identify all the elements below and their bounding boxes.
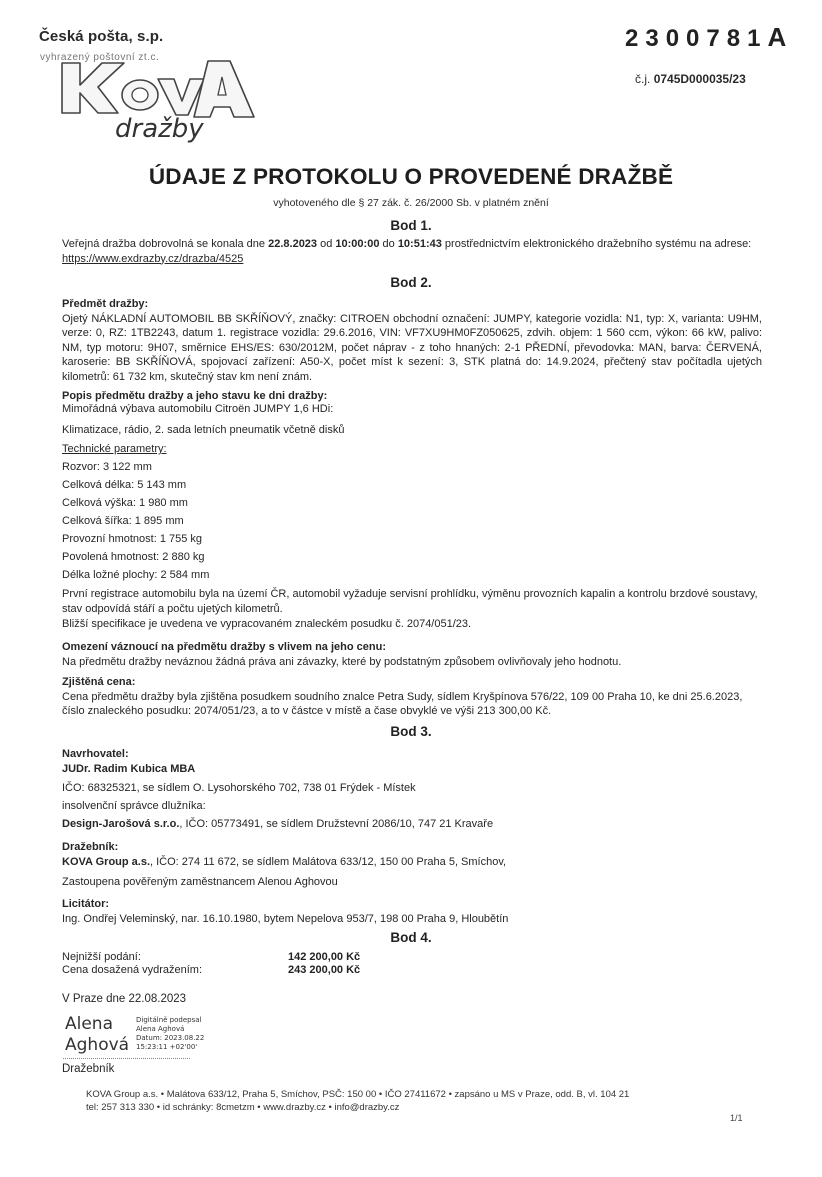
footer-line-1: KOVA Group a.s. • Malátova 633/12, Praha… [86,1089,629,1100]
auction-time-from: 10:00:00 [335,238,379,250]
drazebnik-name: KOVA Group a.s. [62,856,150,868]
nejnizsi-podani-label: Nejnižší podání: [62,951,141,963]
page-title: ÚDAJE Z PROTOKOLU O PROVEDENÉ DRAŽBĚ [0,164,822,190]
reference-label: č.j. [635,72,650,86]
drazebnik-details: , IČO: 274 11 672, se sídlem Malátova 63… [150,856,506,868]
tech-param: Celková délka: 5 143 mm [62,479,186,491]
signature-line [63,1058,190,1059]
cena-vydrazenim-value: 243 200,00 Kč [288,964,360,976]
section-heading-bod-2: Bod 2. [0,275,822,290]
bod-1-text: Veřejná dražba dobrovolná se konala dne … [62,237,762,266]
tech-param: Provozní hmotnost: 1 755 kg [62,533,202,545]
tech-param: Celková šířka: 1 895 mm [62,515,184,527]
signature-name-line-1: Alena [65,1014,113,1034]
cena-label: Zjištěná cena: [62,675,762,690]
predmet-text: Ojetý NÁKLADNÍ AUTOMOBIL BB SKŘÍŇOVÝ, zn… [62,312,762,385]
reference-value: 0745D000035/23 [654,72,746,86]
tech-params-label: Technické parametry: [62,443,167,455]
signature-meta-line: Digitálně podepsal [136,1016,204,1025]
auction-url-link[interactable]: https://www.exdrazby.cz/drazba/4525 [62,253,243,265]
licitator-section: Licitátor: Ing. Ondřej Veleminský, nar. … [62,897,762,926]
digital-signature-meta: Digitálně podepsal Alena Aghová Datum: 2… [136,1016,204,1052]
document-number: 2300781A [625,22,793,53]
cena-section: Zjištěná cena: Cena předmětu dražby byla… [62,675,762,719]
predmet-section: Předmět dražby: Ojetý NÁKLADNÍ AUTOMOBIL… [62,297,762,384]
auction-date: 22.8.2023 [268,238,317,250]
omezeni-text: Na předmětu dražby neváznou žádná práva … [62,655,762,670]
signature-meta-line: Datum: 2023.08.22 [136,1034,204,1043]
tech-param: Rozvor: 3 122 mm [62,461,152,473]
place-date: V Praze dne 22.08.2023 [62,993,186,1005]
predmet-label: Předmět dražby: [62,297,762,312]
cena-text: Cena předmětu dražby byla zjištěna posud… [62,690,762,719]
navrhovatel-label: Navrhovatel: [62,747,762,762]
tech-param: Celková výška: 1 980 mm [62,497,188,509]
navrhovatel-name: JUDr. Radim Kubica MBA [62,762,762,777]
omezeni-label: Omezení váznoucí na předmětu dražby s vl… [62,640,762,655]
drazebnik-representative: Zastoupena pověřeným zaměstnancem Alenou… [62,876,338,888]
footer-line-2: tel: 257 313 330 • id schránky: 8cmetzm … [86,1102,399,1113]
omezeni-section: Omezení váznoucí na předmětu dražby s vl… [62,640,762,669]
registration-text: První registrace automobilu byla na územ… [62,587,762,616]
kova-logo-subtitle: dražby [115,114,204,144]
post-office-stamp: Česká pošta, s.p. [39,28,163,45]
section-heading-bod-3: Bod 3. [0,724,822,739]
page-subtitle: vyhotoveného dle § 27 zák. č. 26/2000 Sb… [0,197,822,209]
section-heading-bod-1: Bod 1. [0,218,822,233]
drazebnik-line: KOVA Group a.s., IČO: 274 11 672, se síd… [62,855,762,870]
reference-number: č.j. 0745D000035/23 [635,72,746,86]
popis-line: Klimatizace, rádio, 2. sada letních pneu… [62,424,344,436]
cena-vydrazenim-label: Cena dosažená vydražením: [62,964,202,976]
signature-role: Dražebník [62,1063,114,1075]
bod-1-text-part: od [317,238,335,250]
licitator-label: Licitátor: [62,897,762,912]
document-number-value: 2300781 [625,25,767,52]
auction-time-to: 10:51:43 [398,238,442,250]
drazebnik-section: Dražebník: KOVA Group a.s., IČO: 274 11 … [62,840,762,869]
signature-name-line-2: Aghová [65,1035,129,1055]
navrhovatel-section: Navrhovatel: JUDr. Radim Kubica MBA [62,747,762,776]
licitator-text: Ing. Ondřej Veleminský, nar. 16.10.1980,… [62,912,762,927]
dluznik-name: Design-Jarošová s.r.o. [62,818,179,830]
dluznik-details: , IČO: 05773491, se sídlem Družstevní 20… [179,818,493,830]
signature-meta-line: 15:23:11 +02'00' [136,1043,204,1052]
dluznik-line: Design-Jarošová s.r.o., IČO: 05773491, s… [62,818,493,830]
bod-1-text-part: prostřednictvím elektronického dražebníh… [442,238,751,250]
document-number-suffix: A [767,22,793,52]
signature-meta-line: Alena Aghová [136,1025,204,1034]
tech-param: Délka ložné plochy: 2 584 mm [62,569,209,581]
popis-label: Popis předmětu dražby a jeho stavu ke dn… [62,390,762,403]
nejnizsi-podani-value: 142 200,00 Kč [288,951,360,963]
popis-line: Mimořádná výbava automobilu Citroën JUMP… [62,403,762,416]
section-heading-bod-4: Bod 4. [0,930,822,945]
spec-text: Bližší specifikace je uvedena ve vypraco… [62,618,471,630]
popis-section: Popis předmětu dražby a jeho stavu ke dn… [62,390,762,416]
page-number: 1/1 [730,1113,743,1123]
navrhovatel-address: IČO: 68325321, se sídlem O. Lysohorského… [62,782,416,794]
drazebnik-label: Dražebník: [62,840,762,855]
tech-param: Povolená hmotnost: 2 880 kg [62,551,204,563]
bod-1-text-part: do [379,238,397,250]
navrhovatel-role: insolvenční správce dlužníka: [62,800,206,812]
bod-1-text-part: Veřejná dražba dobrovolná se konala dne [62,238,268,250]
